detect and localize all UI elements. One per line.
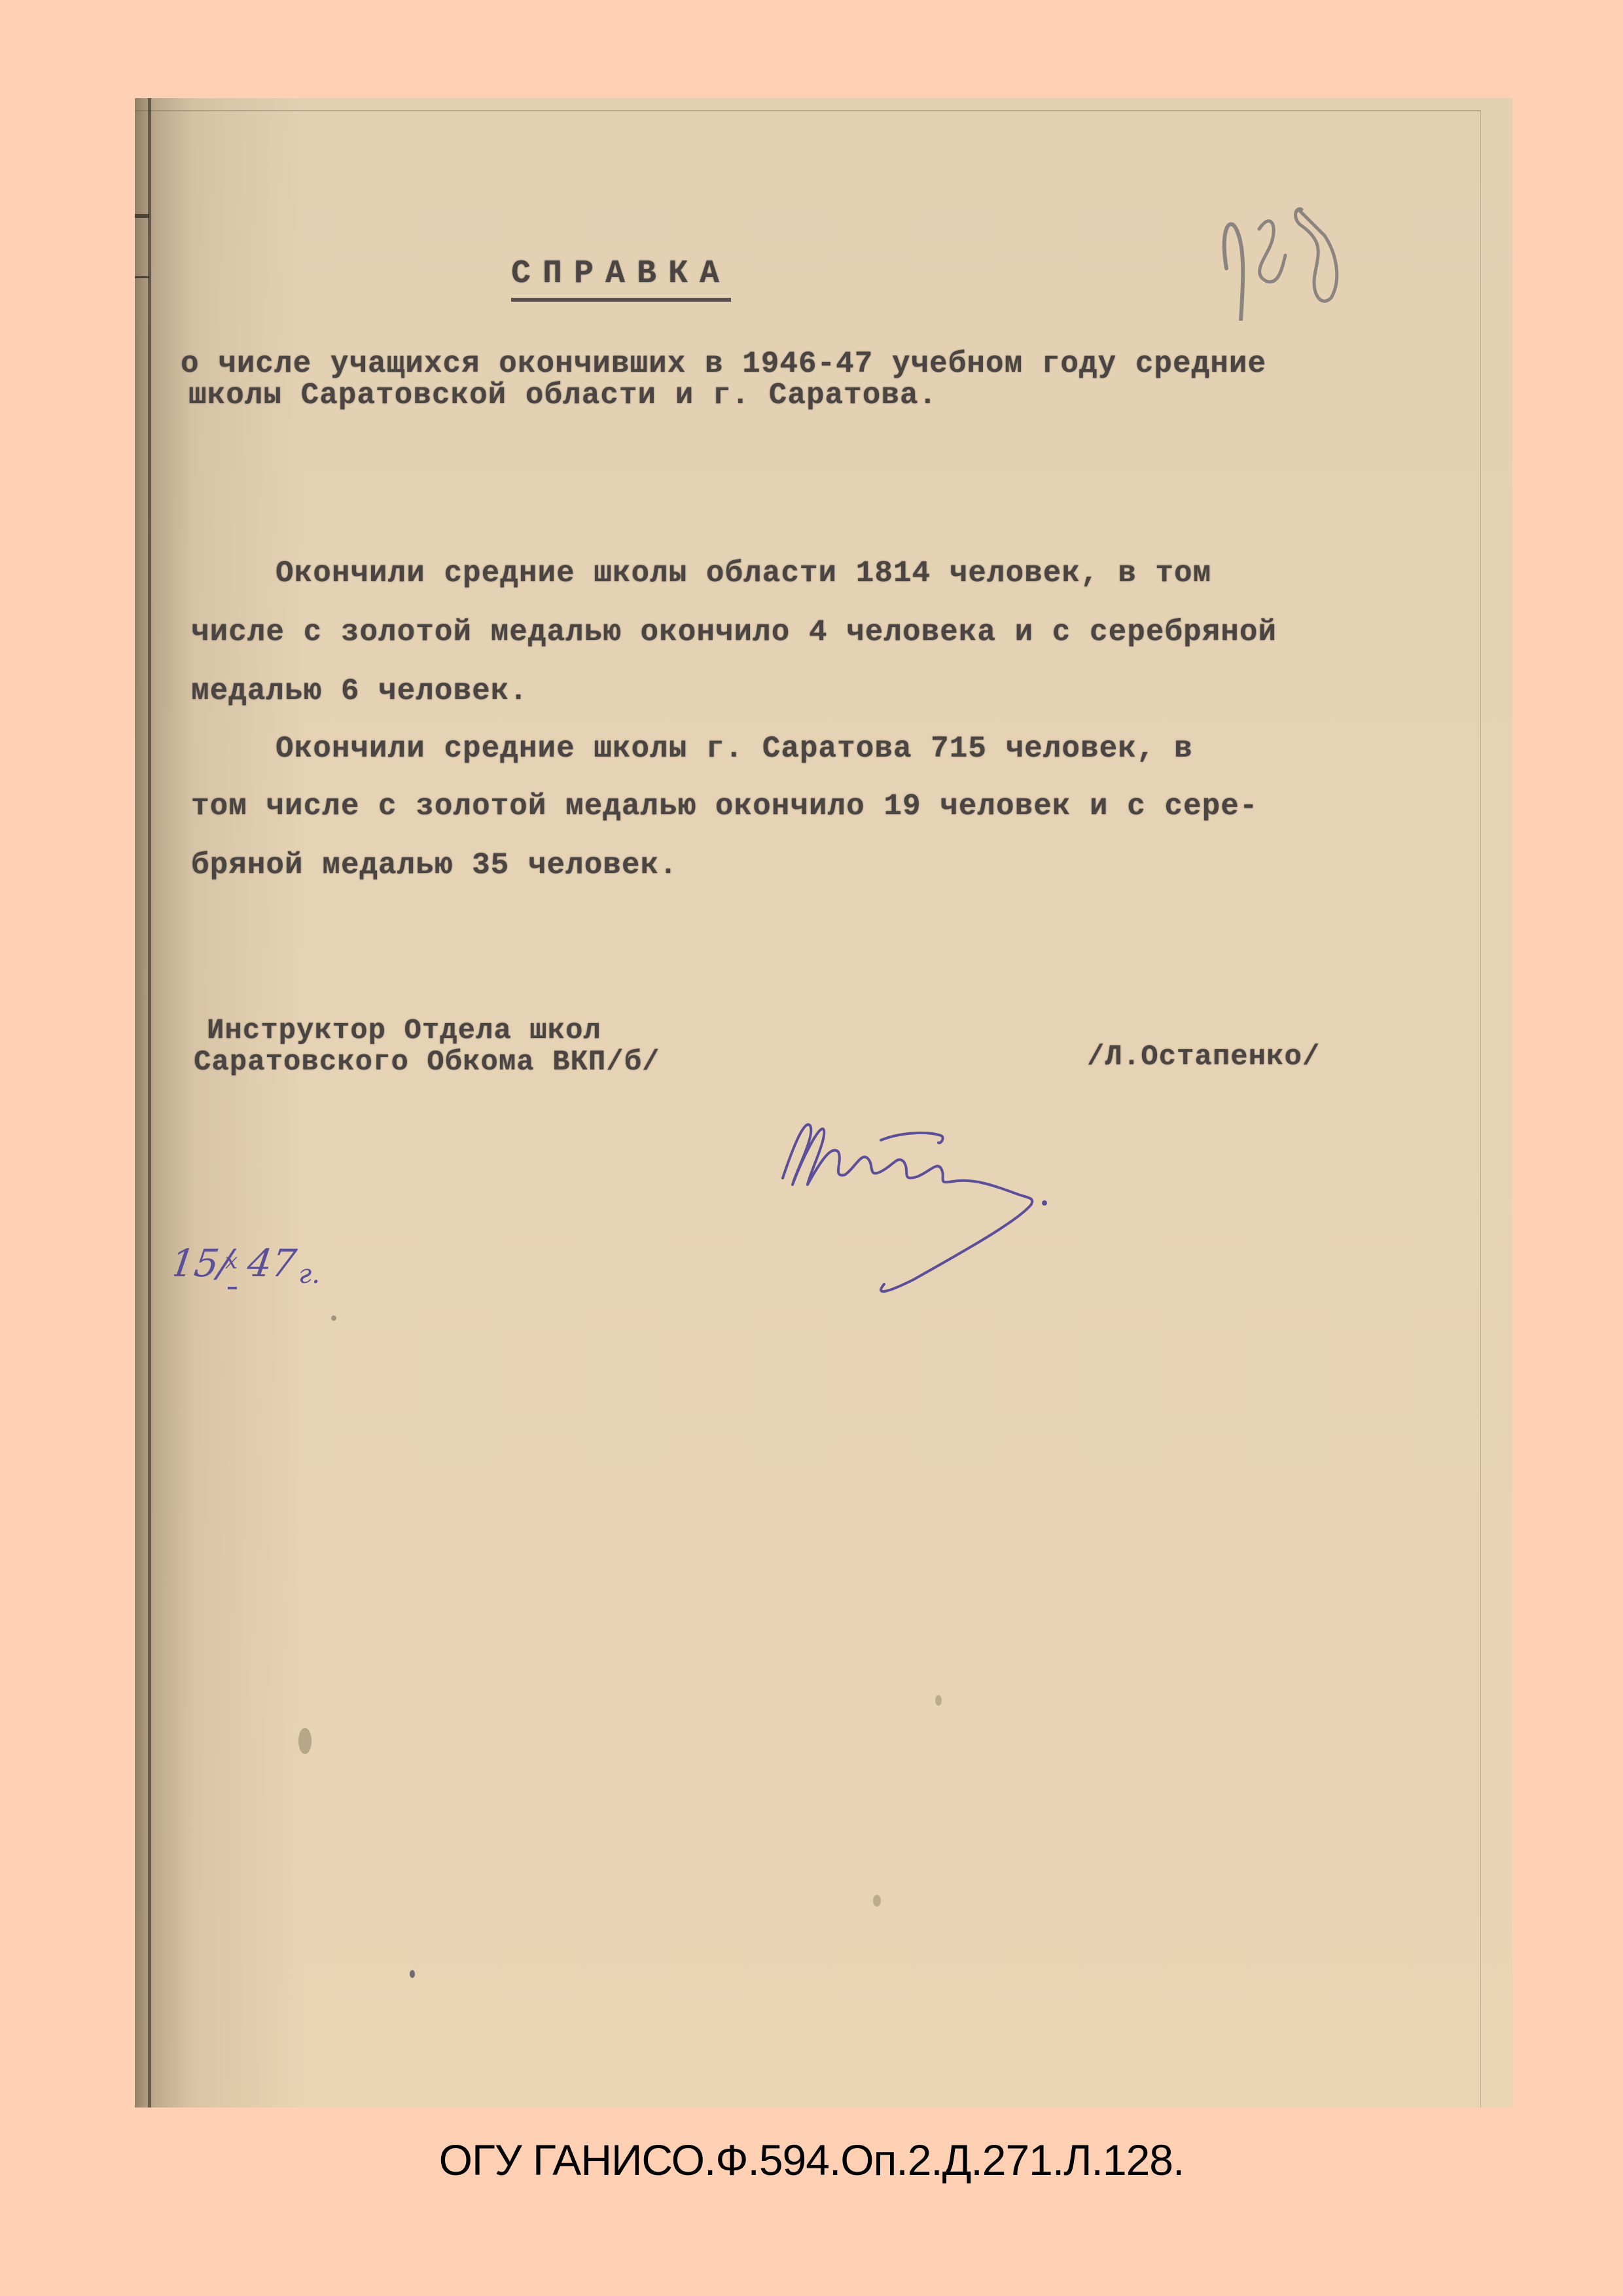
paragraph-2-line-3: бряной медалью 35 человек. [191, 848, 678, 882]
archive-citation-caption: ОГУ ГАНИСО.Ф.594.Оп.2.Д.271.Л.128. [0, 2135, 1623, 2185]
signature-handwritten: Остапенко [770, 1100, 1130, 1316]
paragraph-2-line-1: Окончили средние школы г. Саратова 715 ч… [276, 732, 1193, 766]
subtitle-line-2: школы Саратовской области и г. Саратова. [188, 378, 937, 412]
paper-speck [935, 1695, 942, 1706]
binding-mark [135, 214, 149, 218]
svg-text:47: 47 [244, 1241, 299, 1285]
document-scan: 128 СПРАВКА о числе учащихся окончивших … [135, 98, 1512, 2108]
svg-text:x: x [225, 1248, 238, 1274]
paragraph-2-line-2: том числе с золотой медалью окончило 19 … [191, 789, 1258, 823]
paper-speck [873, 1895, 881, 1907]
paragraph-1-line-2: числе с золотой медалью окончило 4 челов… [191, 615, 1277, 649]
document-title: СПРАВКА [511, 255, 731, 302]
paper-stain [298, 1728, 312, 1754]
svg-text:г.: г. [298, 1259, 320, 1289]
folio-number-handwritten: 128 [1213, 190, 1370, 321]
page-right-edge [1480, 111, 1481, 2108]
paragraph-1-line-3: медалью 6 человек. [191, 674, 528, 708]
binding-edge [148, 98, 151, 2108]
page-top-edge [135, 110, 1481, 111]
signatory-name: /Л.Остапенко/ [1087, 1041, 1320, 1073]
paragraph-1-line-1: Окончили средние школы области 1814 чело… [276, 556, 1211, 590]
signatory-position-line-1: Инструктор Отдела школ [207, 1014, 601, 1047]
signatory-position-line-2: Саратовского Обкома ВКП/б/ [194, 1046, 660, 1079]
date-handwritten: 15/X 47 г. 15/ x 47 г. [174, 1237, 364, 1316]
paper-speck [410, 1970, 415, 1978]
binding-mark [135, 276, 149, 278]
paper-speck [331, 1316, 336, 1321]
subtitle-line-1: о числе учащихся окончивших в 1946-47 уч… [181, 347, 1266, 381]
